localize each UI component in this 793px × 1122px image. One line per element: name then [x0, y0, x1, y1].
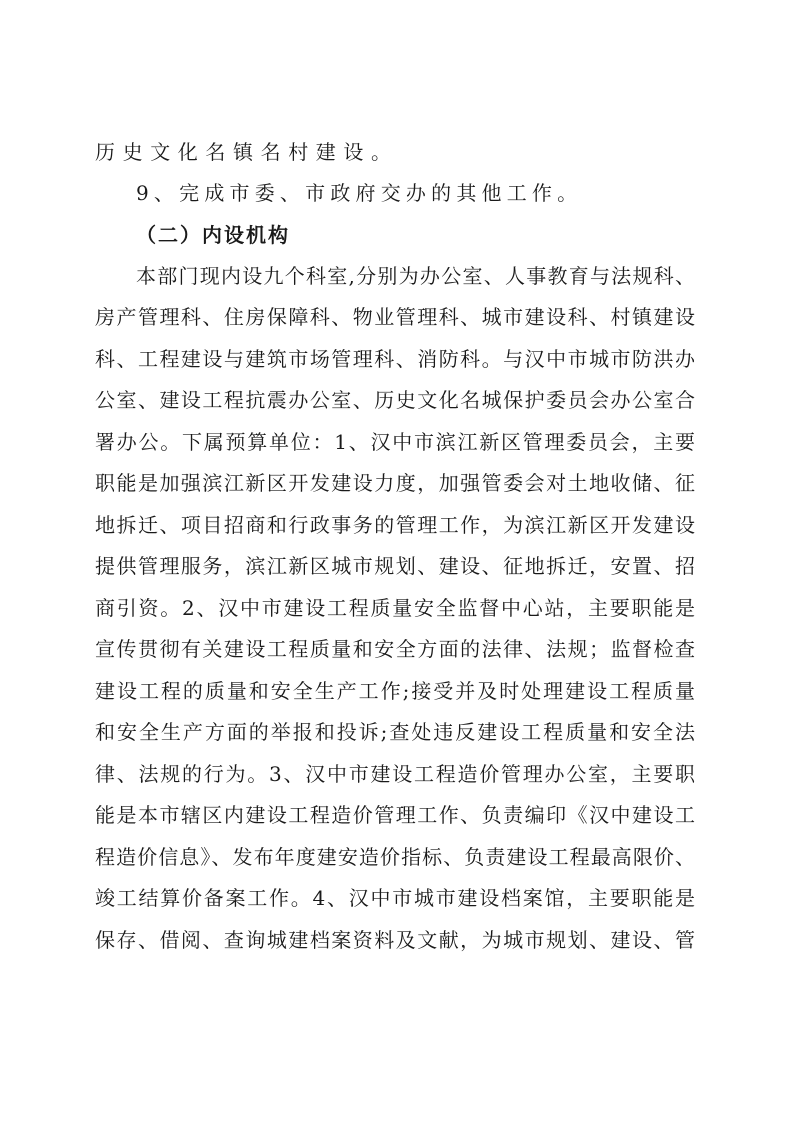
- paragraph-line: 历史文化名镇名村建设。: [95, 137, 695, 167]
- section-heading: （二）内设机构: [136, 220, 695, 250]
- paragraph-line: 房产管理科、住房保障科、物业管理科、城市建设科、村镇建设: [95, 302, 695, 332]
- paragraph-line: 提供管理服务，滨江新区城市规划、建设、征地拆迁，安置、招: [95, 551, 695, 581]
- paragraph-line: 律、法规的行为。3、汉中市建设工程造价管理办公室，主要职: [95, 759, 695, 789]
- paragraph-line: 公室、建设工程抗震办公室、历史文化名城保护委员会办公室合: [95, 385, 695, 415]
- paragraph-line: 商引资。2、汉中市建设工程质量安全监督中心站，主要职能是: [95, 593, 695, 623]
- paragraph-line: 能是本市辖区内建设工程造价管理工作、负责编印《汉中建设工: [95, 800, 695, 830]
- document-page: 历史文化名镇名村建设。 9、完成市委、市政府交办的其他工作。 （二）内设机构 本…: [0, 0, 793, 1122]
- list-item-9: 9、完成市委、市政府交办的其他工作。: [136, 178, 695, 208]
- paragraph-line: 竣工结算价备案工作。4、汉中市城市建设档案馆，主要职能是: [95, 883, 695, 913]
- paragraph-line: 署办公。下属预算单位：1、汉中市滨江新区管理委员会，主要: [95, 427, 695, 457]
- paragraph-line: 地拆迁、项目招商和行政事务的管理工作，为滨江新区开发建设: [95, 510, 695, 540]
- paragraph-line: 程造价信息》、发布年度建安造价指标、负责建设工程最高限价、: [95, 842, 695, 872]
- paragraph-line: 科、工程建设与建筑市场管理科、消防科。与汉中市城市防洪办: [95, 344, 695, 374]
- paragraph-line: 和安全生产方面的举报和投诉;查处违反建设工程质量和安全法: [95, 717, 695, 747]
- paragraph-line: 保存、借阅、查询城建档案资料及文献，为城市规划、建设、管: [95, 925, 695, 955]
- paragraph-line: 宣传贯彻有关建设工程质量和安全方面的法律、法规；监督检查: [95, 634, 695, 664]
- paragraph-line: 建设工程的质量和安全生产工作;接受并及时处理建设工程质量: [95, 676, 695, 706]
- paragraph-line: 职能是加强滨江新区开发建设力度，加强管委会对土地收储、征: [95, 468, 695, 498]
- paragraph-line: 本部门现内设九个科室,分别为办公室、人事教育与法规科、: [136, 261, 695, 291]
